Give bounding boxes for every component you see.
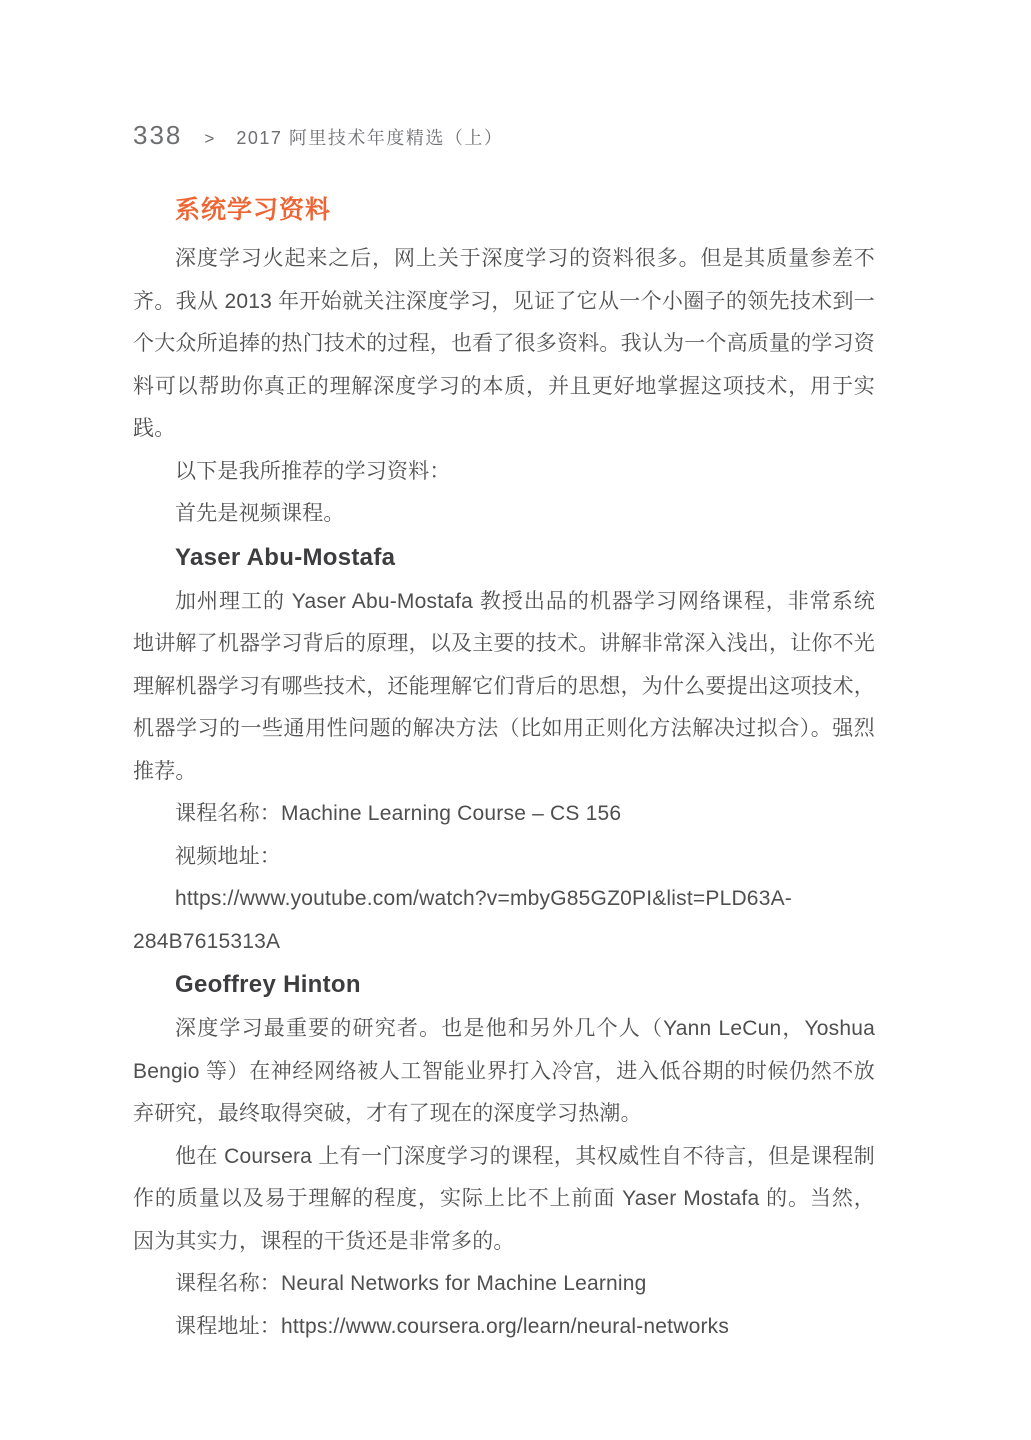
hinton-paragraph-1: 深度学习最重要的研究者。也是他和另外几个人（Yann LeCun，Yoshua … [133,1008,875,1136]
intro-recommend-line: 以下是我所推荐的学习资料： [133,451,875,494]
page-content: 338 > 2017 阿里技术年度精选（上） 系统学习资料 深度学习火起来之后，… [133,0,875,1348]
yaser-course-url-line1: https://www.youtube.com/watch?v=mbyG85GZ… [133,878,875,921]
yaser-course-url-line2: 284B7615313A [133,921,875,964]
yaser-course-name: 课程名称：Machine Learning Course – CS 156 [133,793,875,836]
hinton-paragraph-2: 他在 Coursera 上有一门深度学习的课程，其权威性自不待言，但是课程制作的… [133,1136,875,1264]
intro-paragraph: 深度学习火起来之后，网上关于深度学习的资料很多。但是其质量参差不齐。我从 201… [133,238,875,451]
section-title: 系统学习资料 [133,195,875,225]
running-header: 338 > 2017 阿里技术年度精选（上） [133,120,875,151]
course-heading-hinton: Geoffrey Hinton [133,970,875,1000]
breadcrumb-separator-icon: > [204,129,214,149]
intro-first-line: 首先是视频课程。 [133,493,875,536]
yaser-paragraph: 加州理工的 Yaser Abu-Mostafa 教授出品的机器学习网络课程，非常… [133,581,875,794]
book-page: 338 > 2017 阿里技术年度精选（上） 系统学习资料 深度学习火起来之后，… [0,0,1031,1440]
yaser-video-label: 视频地址： [133,836,875,879]
page-number: 338 [133,120,182,151]
body-text: 深度学习火起来之后，网上关于深度学习的资料很多。但是其质量参差不齐。我从 201… [133,238,875,1348]
hinton-course-name: 课程名称：Neural Networks for Machine Learnin… [133,1263,875,1306]
hinton-course-url: 课程地址：https://www.coursera.org/learn/neur… [133,1306,875,1349]
book-title: 2017 阿里技术年度精选（上） [236,124,503,150]
course-heading-yaser: Yaser Abu-Mostafa [133,543,875,573]
